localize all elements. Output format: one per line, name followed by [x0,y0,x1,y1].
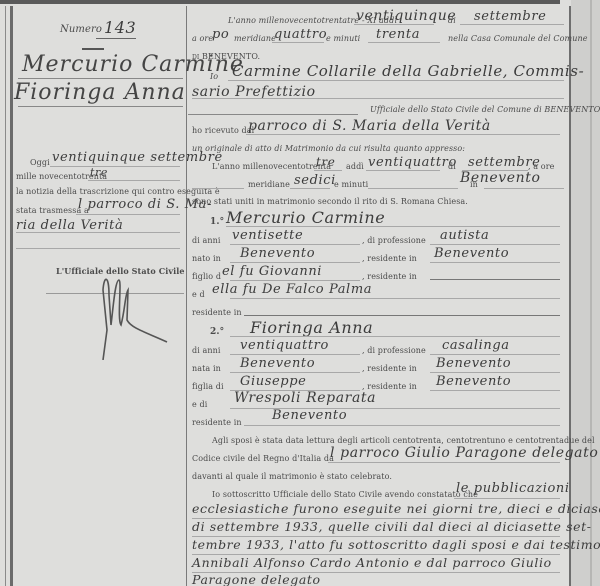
handwritten-line-2: di settembre 1933, quelle civili dal die… [192,519,592,534]
notizia-text: la notizia della trascrizione qui contro… [16,187,220,196]
spouse-2-residente-line [430,372,560,373]
giorno-value: ventiquinque [356,8,456,24]
minuti-value: trenta [376,27,420,42]
meridiane2-label: meridiane [248,180,290,189]
ufficiale-stato-civile-line: Ufficiale dello Stato Civile del Comune … [370,105,600,114]
ore-line [272,42,324,43]
giorno2-value: ventiquattro [368,155,457,170]
spouse-2-figlia-label: figlia di [192,382,224,391]
spouse-2-anni-line [230,354,360,355]
spouse-1-residente-value: Benevento [434,246,509,261]
ore-value: quattro [274,27,327,42]
spouse-2-residente-label: , residente in [362,364,417,373]
ricevuto-label: ho ricevuto dal [192,126,254,135]
name-underline-2 [18,106,183,107]
spouse-2-nata-line [230,372,360,373]
spouse-1-residente-madre-line [244,315,560,316]
handwritten-line-5: Paragone delegato [192,572,321,586]
spouse-1-name-line [226,226,560,227]
trasmessa-line-1 [76,214,180,215]
io-label: Io [210,72,218,81]
left-margin-line [5,6,6,586]
spouse-1-madre-line [230,298,560,299]
spouse-1-padre-value: el fu Giovanni [222,264,322,279]
spouse-2-residente-padre-line [430,390,560,391]
spouse-1-madre-value: ella fu De Falco Palma [212,282,372,297]
civil-register-page: Numero 143 Mercurio Carmine Fioringa Ann… [0,0,600,586]
ore2-value: sedici [294,173,336,188]
spouse-1-nato-label: nato in [192,254,221,263]
spouse-1-residente-padre-line [430,279,560,280]
binding-edge [590,0,592,586]
spouse-1-madre-label: e d [192,290,205,299]
di-comune-label: di BENEVENTO. [192,52,260,61]
ore2-prefix-line [192,188,244,189]
left-frame-border [10,6,13,586]
handwritten-line-1: ecclesiastiche furono eseguite nei giorn… [192,501,600,516]
separator-dash [82,48,104,50]
spouse-1-padre-line [230,280,360,281]
di-label: di [448,16,456,25]
minuti2-line [368,188,458,189]
spouse-1-anni-label: di anni [192,236,221,245]
spouse-2-madre-label: e di [192,400,207,409]
spouse-2-residente-value: Benevento [436,356,511,371]
anno2-value: tre [316,155,335,169]
officiant-line-rule-2 [192,98,564,99]
spouse-1-professione-line [430,244,560,245]
spouse-2-padre-value: Giuseppe [240,374,306,389]
trasmessa-line-2 [16,232,180,233]
spouse-1-residente-padre-label: , residente in [362,272,417,281]
blank-line [16,248,180,249]
officiant-line-rule-1 [228,80,564,81]
handwritten-line-3: tembre 1933, l'atto fu sottoscritto dagl… [192,537,600,552]
ufficiale-rule [188,114,358,115]
ricevuto-line [246,134,560,135]
mille-value: tre [90,166,108,179]
official-signature [95,270,175,360]
oggi-label: Oggi [30,158,50,167]
spouse-2-professione-label: , di professione [362,346,426,355]
luogo-line [484,188,564,189]
spouse-2-name-line [230,336,560,337]
spouse-1-professione-value: autista [440,228,489,243]
spouse-1-residente-line [430,262,560,263]
sottoscritto-value: le pubblicazioni [456,481,570,496]
numero-underline [96,38,136,39]
spouse-2-residente-padre-value: Benevento [436,374,511,389]
mese-value: settembre [474,9,546,24]
mille-line [88,180,180,181]
a-ore-label: a ore [192,34,213,43]
spouse-2-residente-madre-value: Benevento [272,408,347,423]
originale-line: un originale di atto di Matrimonio da cu… [192,144,465,153]
casa-comunale-label: nella Casa Comunale del Comune [448,34,588,43]
di2-label: di [448,162,456,171]
spouse-1-residente-madre-label: residente in [192,308,242,317]
numero-value: 143 [104,18,136,37]
officiant-line-1: Carmine Collarile della Gabrielle, Commi… [232,62,584,80]
sono-stati-line: sono stati uniti in matrimonio secondo i… [192,197,468,206]
spouse-1-anni-value: ventisette [232,228,303,243]
luogo-value: Benevento [460,170,541,186]
lettura-line-2-label: Codice civile del Regno d'Italia da [192,454,334,463]
pom-value: po [212,27,229,42]
column-divider [186,6,187,586]
sottoscritto-label: Io sottoscritto Ufficiale dello Stato Ci… [212,490,478,499]
binding-strip [571,0,600,586]
spouse-2-anni-label: di anni [192,346,221,355]
mese-line [460,24,564,25]
anno2-line [314,170,342,171]
page-top-border [0,0,560,4]
spouse-1-anni-line [230,244,360,245]
oggi-line [50,166,180,167]
giorno-line [354,24,434,25]
spouse-2-residente-madre-label: residente in [192,418,242,427]
spouse-2-anni-value: ventiquattro [240,338,329,353]
lettura-line-3: davanti al quale il matrimonio è stato c… [192,472,392,481]
name-underline-1 [18,78,183,79]
spouse-1-nato-value: Benevento [240,246,315,261]
spouse-2-professione-value: casalinga [442,338,510,353]
meridiane-label: meridiane [234,34,276,43]
lettura-line-2-value: l parroco Giulio Paragone delegato [330,445,598,461]
trasmessa-value-2: ria della Verità [16,218,123,233]
spouse-2-madre-value: Wrespoli Reparata [234,390,376,406]
spouse-1-nato-line [230,262,360,263]
numero-label: Numero [60,24,102,35]
spouse-2-nata-value: Benevento [240,356,315,371]
spouse-2-name: Fioringa Anna [250,318,373,337]
minuti-label: e minuti [326,34,360,43]
lettura-line-2-rule [328,462,560,463]
spouse-1-residente-label: , residente in [362,254,417,263]
handwritten-line-4: Annibali Alfonso Cardo Antonio e dal par… [192,555,552,570]
ore2-line [290,188,330,189]
minuti2-label: e minuti [334,180,368,189]
spouse-2-nata-label: nata in [192,364,221,373]
sottoscritto-rule [454,498,560,499]
spouse-1-professione-label: , di professione [362,236,426,245]
addi2-label: addì [346,162,364,171]
lettura-line-1: Agli sposi è stata data lettura degli ar… [212,436,595,445]
record-name-bride: Fioringa Anna [14,80,186,105]
spouse-2-residente-madre-line [244,425,560,426]
spouse-2-professione-line [430,354,560,355]
ricevuto-value: parroco di S. Maria della Verità [248,118,491,134]
spouse-1-number: 1.° [210,217,224,227]
spouse-1-figlio-label: figlio d [192,272,221,281]
spouse-2-number: 2.° [210,327,224,337]
spouse-1-name: Mercurio Carmine [226,208,385,227]
minuti-line [368,42,440,43]
giorno2-line [366,170,440,171]
